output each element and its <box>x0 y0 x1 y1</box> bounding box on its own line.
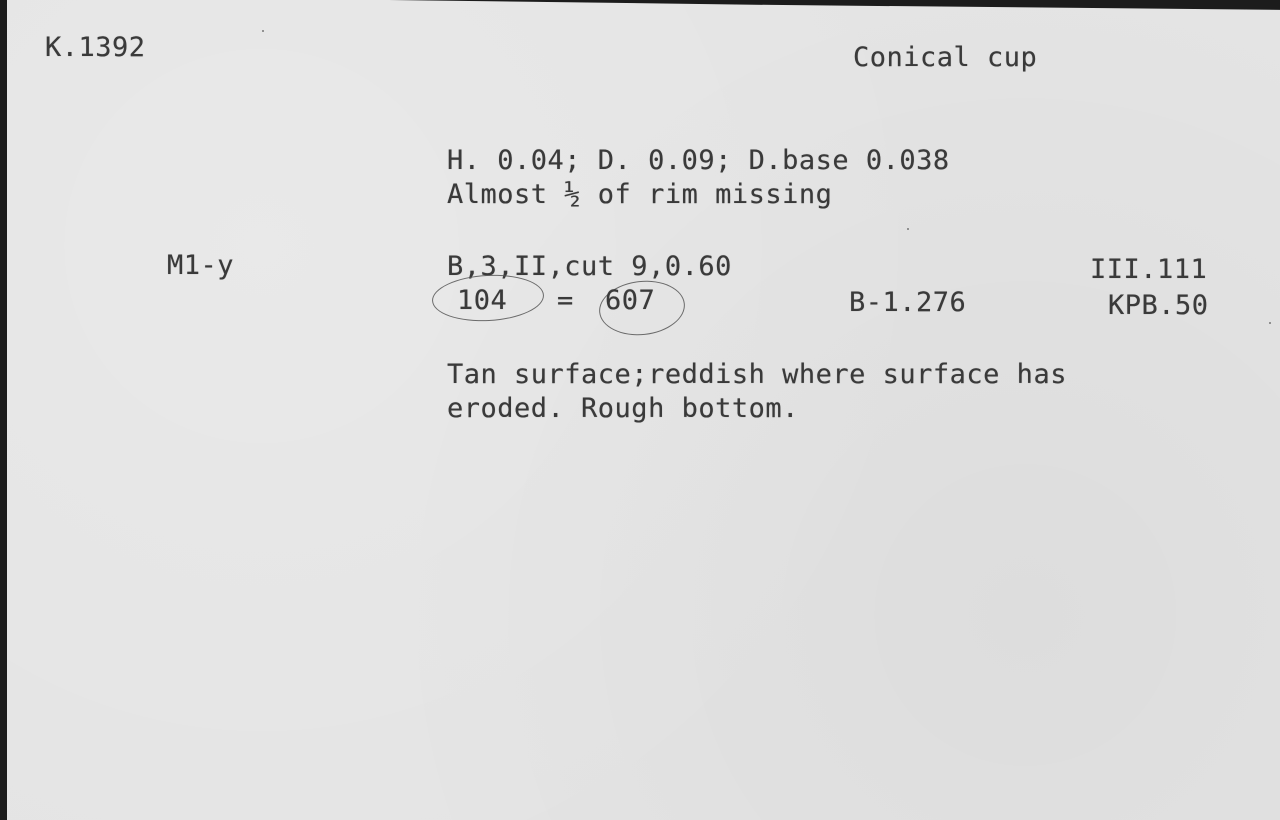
type-code: M1-y <box>167 252 234 279</box>
equals-sign: = <box>557 287 574 314</box>
dimensions-text: H. 0.04; D. 0.09; D.base 0.038 <box>447 147 950 174</box>
paper-speck <box>262 30 264 32</box>
inventory-ref-right: 607 <box>605 287 655 314</box>
condition-text: Almost ½ of rim missing <box>447 181 832 208</box>
object-title: Conical cup <box>853 44 1037 71</box>
catalog-card: K.1392 Conical cup H. 0.04; D. 0.09; D.b… <box>7 0 1280 820</box>
paper-speck <box>907 228 909 230</box>
b-reference: B-1.276 <box>849 289 966 316</box>
description-line-1: Tan surface;reddish where surface has <box>447 361 1067 388</box>
inventory-ref-left: 104 <box>457 287 507 314</box>
volume-reference: III.111 <box>1090 256 1207 283</box>
paper-speck <box>1269 322 1271 324</box>
catalog-number: K.1392 <box>45 34 146 61</box>
description-line-2: eroded. Rough bottom. <box>447 395 799 422</box>
kpb-reference: KPB.50 <box>1108 292 1209 319</box>
scanned-card-image: K.1392 Conical cup H. 0.04; D. 0.09; D.b… <box>0 0 1280 820</box>
